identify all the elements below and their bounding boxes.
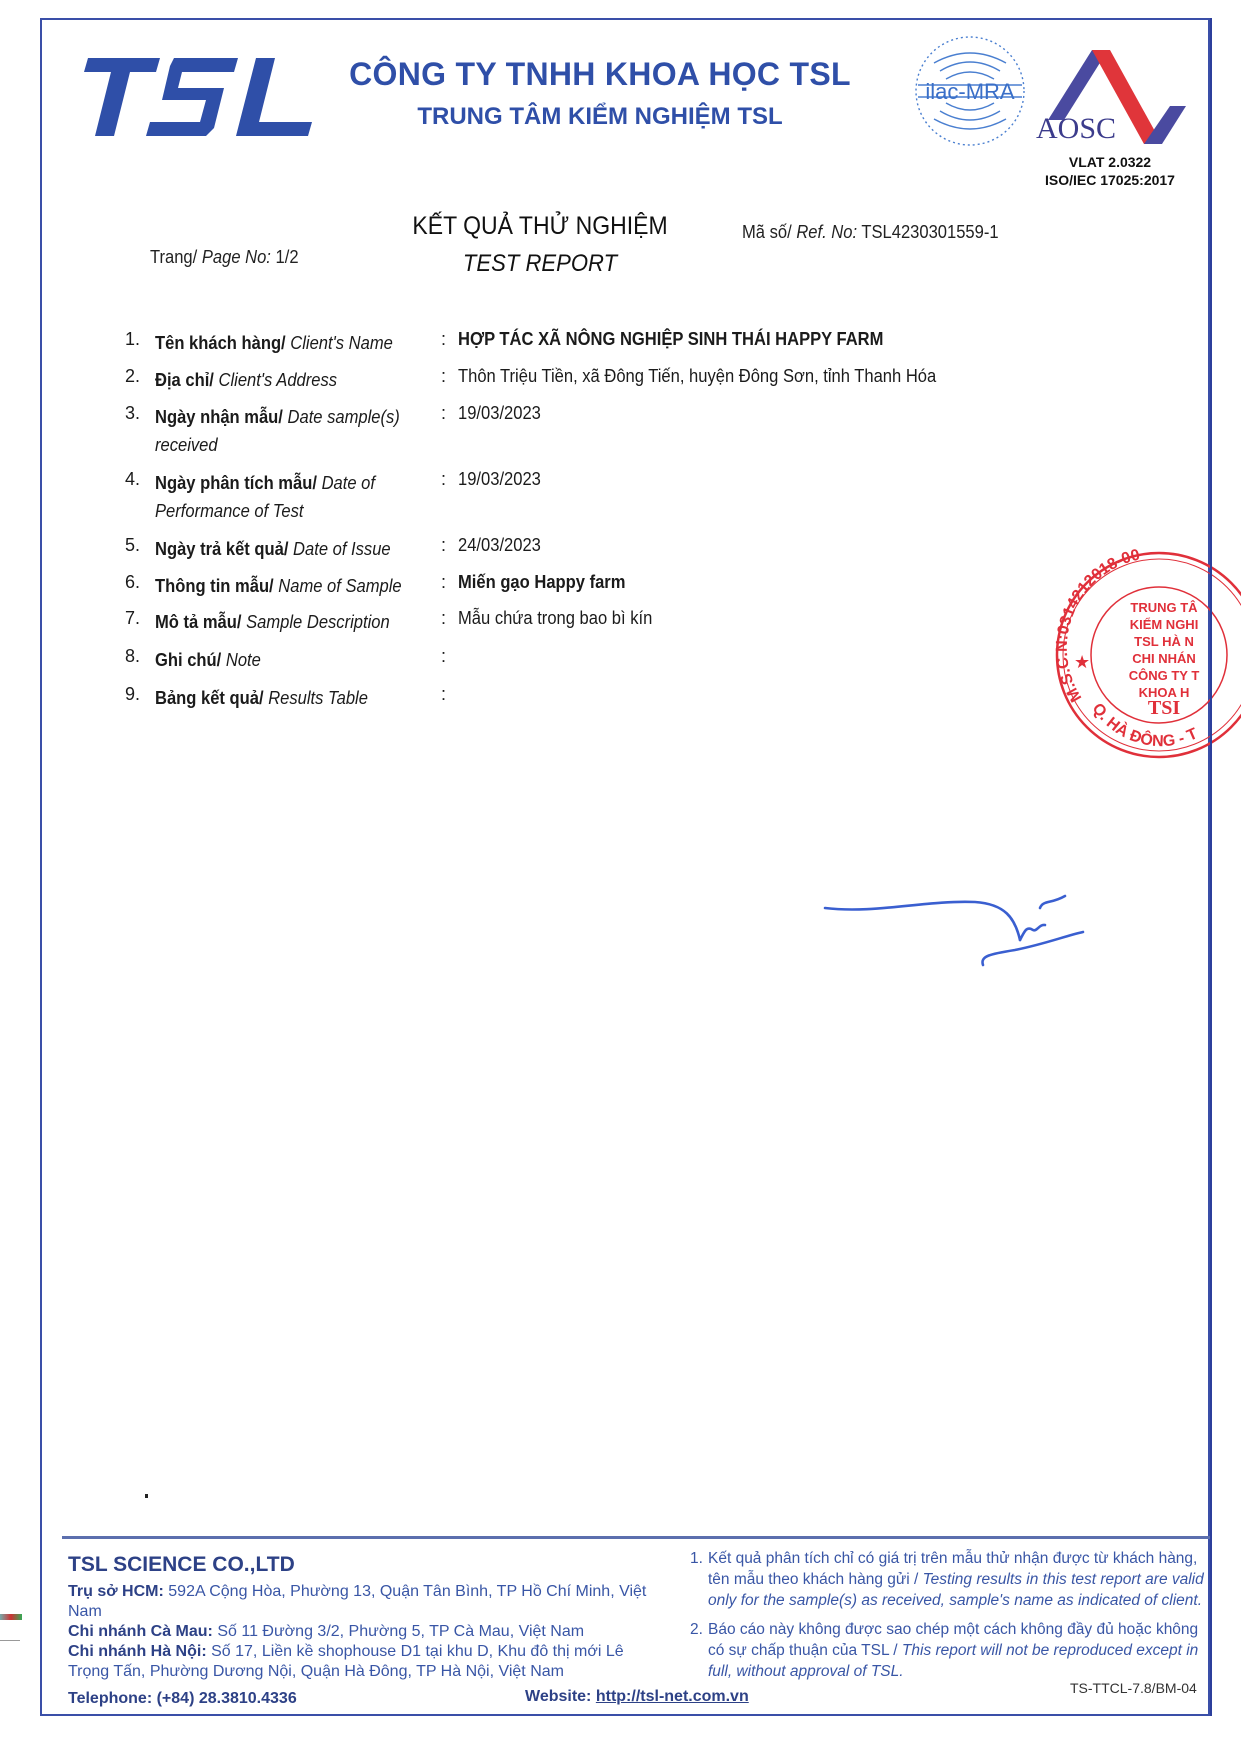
page-value: 1/2	[276, 247, 299, 267]
accreditation-info: VLAT 2.0322 ISO/IEC 17025:2017	[1020, 153, 1200, 189]
frame-right-edge	[1210, 18, 1212, 1716]
field-colon: :	[441, 646, 446, 667]
field-colon: :	[441, 366, 446, 387]
form-code: TS-TTCL-7.8/BM-04	[1070, 1680, 1197, 1696]
field-label: Ghi chú/ Note	[155, 646, 445, 674]
scan-speck	[145, 1494, 148, 1498]
report-title-vi: KẾT QUẢ THỬ NGHIỆM	[393, 212, 687, 241]
field-label: Thông tin mẫu/ Name of Sample	[155, 572, 445, 600]
scan-edge-mark	[0, 1614, 22, 1620]
footer-divider	[62, 1536, 1210, 1539]
svg-text:ilac-MRA: ilac-MRA	[925, 79, 1015, 104]
field-value: Thôn Triệu Tiền, xã Đông Tiến, huyện Đôn…	[458, 366, 978, 387]
footer-company-name: TSL SCIENCE CO.,LTD	[68, 1553, 295, 1577]
scan-edge-line	[0, 1640, 20, 1641]
field-number: 8.	[125, 646, 140, 667]
field-label: Ngày phân tích mẫu/ Date of Performance …	[155, 469, 445, 525]
footer-telephone: Telephone: (+84) 28.3810.4336	[68, 1690, 297, 1708]
field-label: Ngày nhận mẫu/ Date sample(s) received	[155, 403, 445, 459]
field-number: 5.	[125, 535, 140, 556]
page-label-vi: Trang/	[150, 247, 197, 267]
company-title: CÔNG TY TNHH KHOA HỌC TSL	[330, 56, 870, 93]
ref-value: TSL4230301559-1	[861, 222, 998, 242]
footer-addresses: Trụ sở HCM: 592A Cộng Hòa, Phường 13, Qu…	[68, 1582, 668, 1682]
footer-website: Website: http://tsl-net.com.vn	[525, 1688, 749, 1706]
field-number: 1.	[125, 329, 140, 350]
field-value: Mẫu chứa trong bao bì kín	[458, 608, 669, 629]
field-value: 19/03/2023	[458, 469, 548, 490]
page-label-en: Page No:	[202, 247, 271, 267]
accreditation-code: VLAT 2.0322	[1020, 153, 1200, 171]
field-row: 1.Tên khách hàng/ Client's Name:HỢP TÁC …	[0, 329, 1241, 359]
field-row: 3.Ngày nhận mẫu/ Date sample(s) received…	[0, 403, 1241, 433]
field-colon: :	[441, 535, 446, 556]
field-colon: :	[441, 469, 446, 490]
field-row: 4.Ngày phân tích mẫu/ Date of Performanc…	[0, 469, 1241, 499]
website-link[interactable]: http://tsl-net.com.vn	[596, 1688, 749, 1705]
svg-text:★: ★	[1074, 652, 1090, 672]
official-stamp-icon: M.S.C.N:0314212018-00 Q. HÀ ĐÔNG - T ★ T…	[1052, 548, 1241, 762]
field-label: Bảng kết quả/ Results Table	[155, 684, 445, 712]
ref-label-vi: Mã số/	[742, 222, 792, 242]
svg-text:CHI NHÁN: CHI NHÁN	[1132, 651, 1196, 666]
field-number: 3.	[125, 403, 140, 424]
svg-text:CÔNG TY T: CÔNG TY T	[1129, 668, 1200, 683]
footer-note: 1.Kết quả phân tích chỉ có giá trị trên …	[690, 1548, 1210, 1611]
field-number: 6.	[125, 572, 140, 593]
field-label: Mô tả mẫu/ Sample Description	[155, 608, 445, 636]
field-number: 4.	[125, 469, 140, 490]
field-number: 9.	[125, 684, 140, 705]
field-value: 19/03/2023	[458, 403, 548, 424]
field-colon: :	[441, 403, 446, 424]
field-colon: :	[441, 329, 446, 350]
svg-text:TSL HÀ N: TSL HÀ N	[1134, 634, 1194, 649]
field-label: Ngày trả kết quả/ Date of Issue	[155, 535, 445, 563]
footer-hcm-address: Trụ sở HCM: 592A Cộng Hòa, Phường 13, Qu…	[68, 1582, 668, 1622]
field-number: 2.	[125, 366, 140, 387]
field-number: 7.	[125, 608, 140, 629]
field-label: Địa chỉ/ Client's Address	[155, 366, 445, 394]
field-colon: :	[441, 608, 446, 629]
footer-hanoi-address: Chi nhánh Hà Nội: Số 17, Liền kề shophou…	[68, 1642, 668, 1682]
report-title-en: TEST REPORT	[393, 250, 687, 278]
field-colon: :	[441, 684, 446, 705]
footer-note: 2.Báo cáo này không được sao chép một cá…	[690, 1619, 1210, 1682]
svg-text:TRUNG TÂ: TRUNG TÂ	[1130, 600, 1198, 615]
svg-text:KIỂM NGHI: KIỂM NGHI	[1130, 617, 1199, 632]
svg-text:TSI: TSI	[1148, 697, 1180, 719]
footer-camau-address: Chi nhánh Cà Mau: Số 11 Đường 3/2, Phườn…	[68, 1622, 668, 1642]
page-number: Trang/ Page No: 1/2	[150, 247, 299, 268]
ilac-mra-logo-icon: ilac-MRA	[912, 33, 1028, 149]
reference-number: Mã số/ Ref. No: TSL4230301559-1	[742, 222, 999, 243]
field-colon: :	[441, 572, 446, 593]
aosc-logo-icon: AOSC	[1030, 44, 1190, 152]
field-label: Tên khách hàng/ Client's Name	[155, 329, 445, 357]
ref-label-en: Ref. No:	[796, 222, 857, 242]
field-value: HỢP TÁC XÃ NÔNG NGHIỆP SINH THÁI HAPPY F…	[458, 329, 920, 350]
footer-notes: 1.Kết quả phân tích chỉ có giá trị trên …	[690, 1548, 1210, 1690]
tsl-logo-icon	[78, 52, 318, 142]
field-value: 24/03/2023	[458, 535, 548, 556]
signature-icon	[815, 870, 1085, 980]
field-row: 2.Địa chỉ/ Client's Address:Thôn Triệu T…	[0, 366, 1241, 396]
svg-text:AOSC: AOSC	[1036, 112, 1116, 145]
center-title: TRUNG TÂM KIỂM NGHIỆM TSL	[330, 103, 870, 131]
field-value: Miến gạo Happy farm	[458, 572, 640, 593]
accreditation-standard: ISO/IEC 17025:2017	[1020, 171, 1200, 189]
